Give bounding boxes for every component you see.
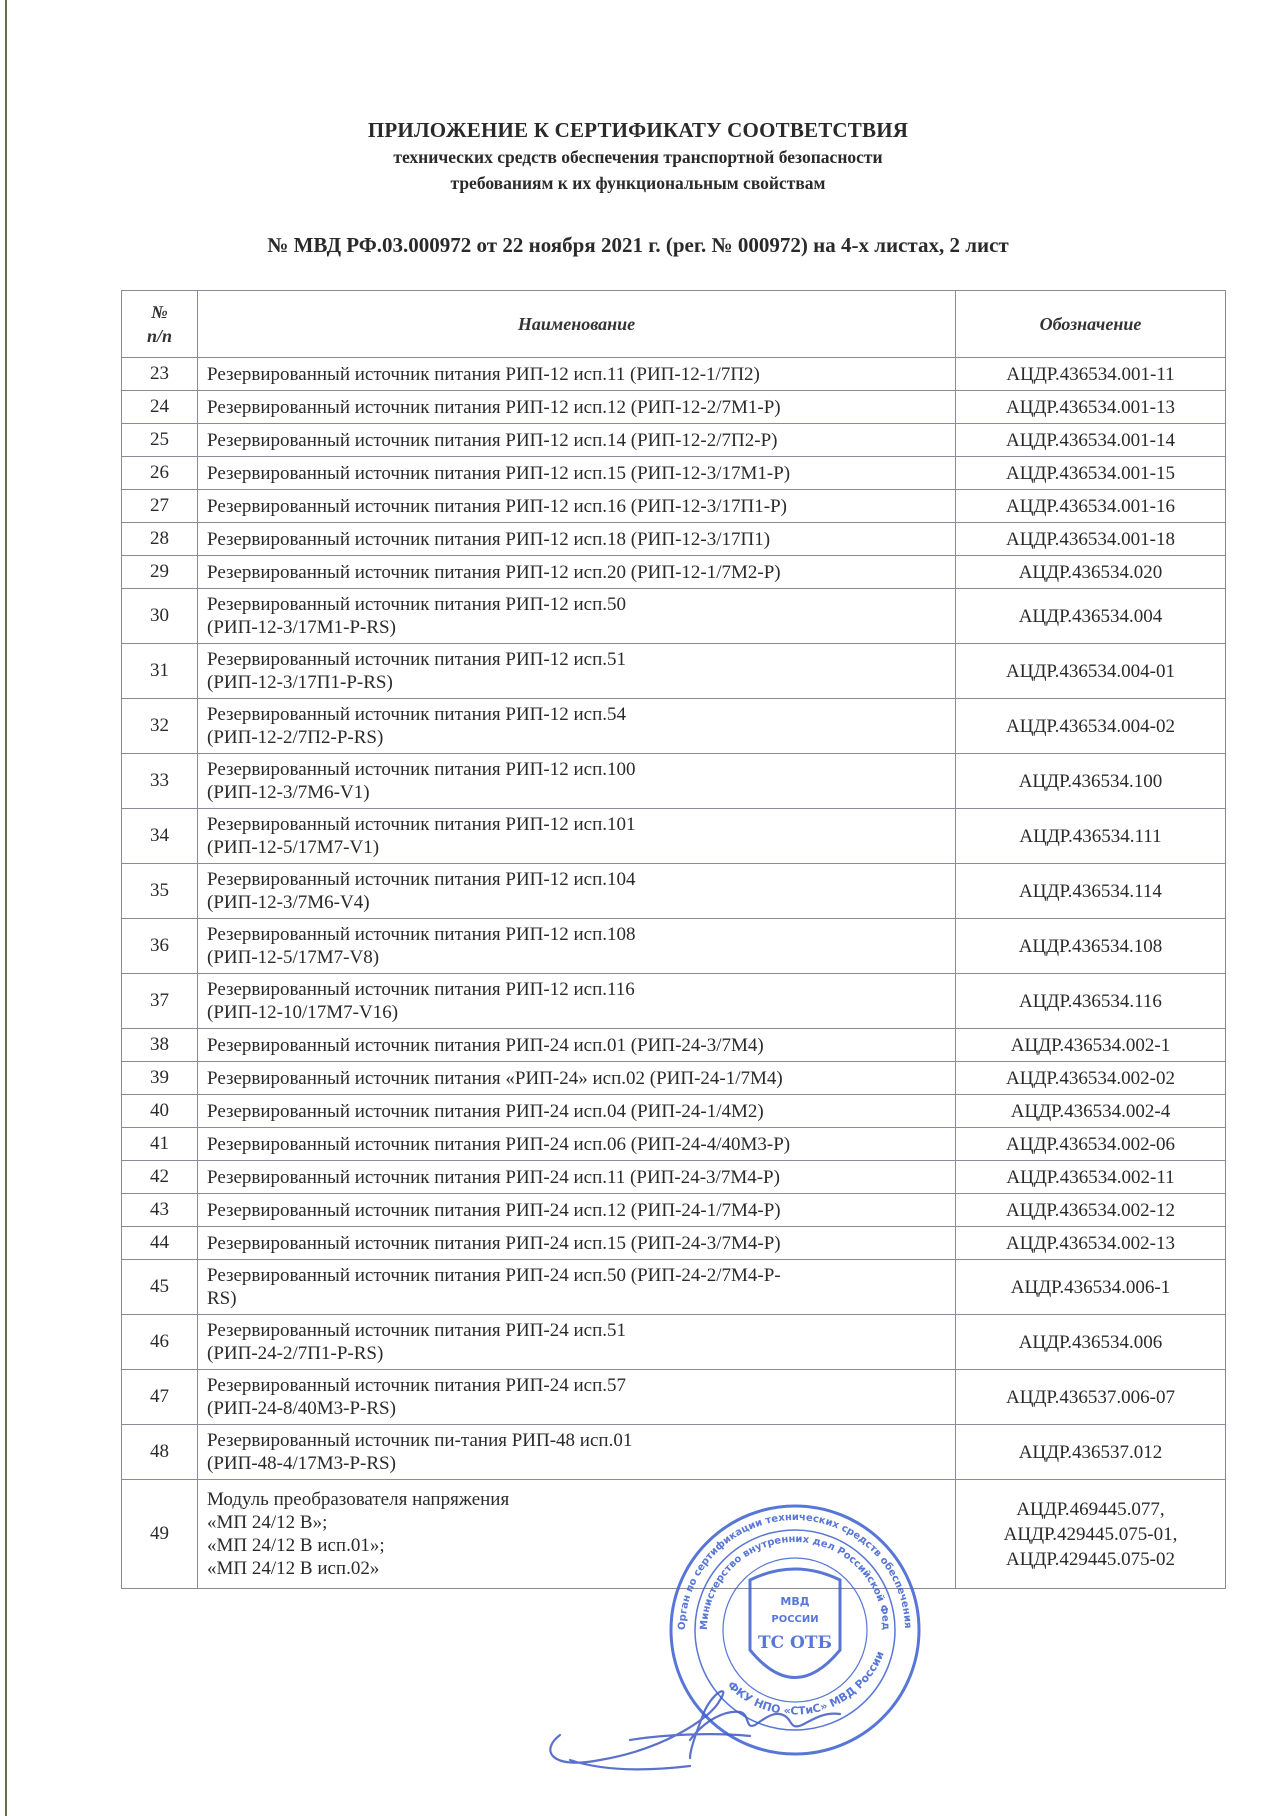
row-designation-line: АЦДР.436534.004 — [956, 604, 1225, 629]
row-designation-line: АЦДР.436534.100 — [956, 769, 1225, 794]
row-name: Резервированный источник питания РИП-12 … — [198, 974, 956, 1029]
row-name-line: Резервированный источник питания РИП-24 … — [207, 1232, 955, 1255]
row-number: 30 — [122, 589, 198, 644]
row-name-line: Резервированный источник питания РИП-12 … — [207, 813, 955, 836]
row-designation: АЦДР.436534.111 — [956, 809, 1226, 864]
row-name-line: Резервированный источник питания РИП-12 … — [207, 593, 955, 616]
row-name: Резервированный источник питания РИП-24 … — [198, 1095, 956, 1128]
row-name-line: Резервированный источник питания РИП-24 … — [207, 1319, 955, 1342]
certificate-reference: № МВД РФ.03.000972 от 22 ноября 2021 г. … — [0, 233, 1276, 258]
row-name: Резервированный источник питания РИП-12 … — [198, 754, 956, 809]
row-number: 48 — [122, 1425, 198, 1480]
row-name-line: (РИП-12-5/17М7-V1) — [207, 836, 955, 859]
row-name-line: (РИП-24-2/7П1-Р-RS) — [207, 1342, 955, 1365]
row-name-line: (РИП-12-3/7М6-V1) — [207, 781, 955, 804]
row-designation-line: АЦДР.436537.012 — [956, 1440, 1225, 1465]
row-number: 36 — [122, 919, 198, 974]
table-row: 29Резервированный источник питания РИП-1… — [122, 556, 1226, 589]
row-name: Резервированный источник питания РИП-12 … — [198, 699, 956, 754]
table-row: 39Резервированный источник питания «РИП-… — [122, 1062, 1226, 1095]
row-designation-line: АЦДР.436534.108 — [956, 934, 1225, 959]
row-number: 46 — [122, 1315, 198, 1370]
header-number-line1: № — [122, 300, 197, 324]
row-name-line: Резервированный источник питания РИП-12 … — [207, 495, 955, 518]
row-designation-line: АЦДР.436534.004-01 — [956, 659, 1225, 684]
row-name: Резервированный источник питания РИП-24 … — [198, 1370, 956, 1425]
document-subtitle-line2: требованиям к их функциональным свойства… — [0, 173, 1276, 194]
row-designation: АЦДР.436534.001-15 — [956, 457, 1226, 490]
table-row: 33Резервированный источник питания РИП-1… — [122, 754, 1226, 809]
row-designation-line: АЦДР.436534.001-16 — [956, 494, 1225, 519]
table-row: 43Резервированный источник питания РИП-2… — [122, 1194, 1226, 1227]
row-name-line: (РИП-12-10/17М7-V16) — [207, 1001, 955, 1024]
table-row: 48Резервированный источник пи-тания РИП-… — [122, 1425, 1226, 1480]
svg-text:ФКУ НПО «СТиС» МВД России: ФКУ НПО «СТиС» МВД России — [725, 1649, 887, 1717]
header-number-line2: п/п — [122, 324, 197, 348]
row-designation-line: АЦДР.436534.001-15 — [956, 461, 1225, 486]
equipment-table: № п/п Наименование Обозначение 23Резерви… — [121, 290, 1226, 1589]
row-name-line: (РИП-12-2/7П2-Р-RS) — [207, 726, 955, 749]
row-designation-line: АЦДР.436534.001-11 — [956, 362, 1225, 387]
row-name-line: Резервированный источник питания РИП-12 … — [207, 923, 955, 946]
row-name: Резервированный источник питания РИП-24 … — [198, 1029, 956, 1062]
row-designation-line: АЦДР.436534.002-11 — [956, 1165, 1225, 1190]
stamp-center-line3: ТС ОТБ — [758, 1633, 832, 1653]
row-number: 39 — [122, 1062, 198, 1095]
row-name-line: (РИП-48-4/17М3-Р-RS) — [207, 1452, 955, 1475]
table-row: 30Резервированный источник питания РИП-1… — [122, 589, 1226, 644]
row-name-line: (РИП-12-3/17П1-Р-RS) — [207, 671, 955, 694]
row-designation: АЦДР.436534.002-1 — [956, 1029, 1226, 1062]
table-row: 46Резервированный источник питания РИП-2… — [122, 1315, 1226, 1370]
table-row: 41Резервированный источник питания РИП-2… — [122, 1128, 1226, 1161]
page-edge-line — [5, 0, 7, 1816]
row-name-line: Резервированный источник питания РИП-12 … — [207, 429, 955, 452]
row-name-line: Резервированный источник питания РИП-12 … — [207, 528, 955, 551]
table-row: 32Резервированный источник питания РИП-1… — [122, 699, 1226, 754]
row-designation: АЦДР.436534.002-4 — [956, 1095, 1226, 1128]
row-designation: АЦДР.436534.006 — [956, 1315, 1226, 1370]
row-name: Резервированный источник питания РИП-12 … — [198, 424, 956, 457]
table-row: 28Резервированный источник питания РИП-1… — [122, 523, 1226, 556]
row-number: 28 — [122, 523, 198, 556]
row-designation-line: АЦДР.469445.077, — [956, 1497, 1225, 1522]
row-designation: АЦДР.436537.012 — [956, 1425, 1226, 1480]
row-name: Резервированный источник питания РИП-24 … — [198, 1161, 956, 1194]
table-body: 23Резервированный источник питания РИП-1… — [122, 358, 1226, 1589]
row-name: Резервированный источник питания РИП-12 … — [198, 358, 956, 391]
row-name: Резервированный источник питания РИП-12 … — [198, 919, 956, 974]
row-name: Резервированный источник питания РИП-24 … — [198, 1227, 956, 1260]
row-number: 24 — [122, 391, 198, 424]
row-designation: АЦДР.436534.001-18 — [956, 523, 1226, 556]
table-row: 35Резервированный источник питания РИП-1… — [122, 864, 1226, 919]
row-designation-line: АЦДР.436534.002-4 — [956, 1099, 1225, 1124]
row-designation: АЦДР.436534.006-1 — [956, 1260, 1226, 1315]
row-designation-line: АЦДР.429445.075-02 — [956, 1547, 1225, 1572]
document-title: ПРИЛОЖЕНИЕ К СЕРТИФИКАТУ СООТВЕТСТВИЯ — [0, 118, 1276, 143]
row-number: 41 — [122, 1128, 198, 1161]
row-designation-line: АЦДР.436534.111 — [956, 824, 1225, 849]
row-name: Резервированный источник пи-тания РИП-48… — [198, 1425, 956, 1480]
row-designation: АЦДР.436534.001-14 — [956, 424, 1226, 457]
table-row: 47Резервированный источник питания РИП-2… — [122, 1370, 1226, 1425]
row-name-line: (РИП-12-3/7М6-V4) — [207, 891, 955, 914]
row-name: Резервированный источник питания РИП-24 … — [198, 1315, 956, 1370]
row-designation: АЦДР.436534.002-06 — [956, 1128, 1226, 1161]
row-designation-line: АЦДР.436534.002-02 — [956, 1066, 1225, 1091]
row-designation: АЦДР.436534.002-13 — [956, 1227, 1226, 1260]
header-number: № п/п — [122, 291, 198, 358]
row-name-line: RS) — [207, 1287, 955, 1310]
stamp-center-line1: МВД — [780, 1595, 809, 1608]
row-name-line: Резервированный источник питания РИП-24 … — [207, 1264, 955, 1287]
stamp-center-line2: РОССИИ — [771, 1614, 818, 1625]
row-number: 23 — [122, 358, 198, 391]
table-row: 42Резервированный источник питания РИП-2… — [122, 1161, 1226, 1194]
row-designation: АЦДР.436534.002-11 — [956, 1161, 1226, 1194]
row-name-line: (РИП-12-3/17М1-Р-RS) — [207, 616, 955, 639]
row-number: 25 — [122, 424, 198, 457]
row-designation-line: АЦДР.436534.004-02 — [956, 714, 1225, 739]
table-row: 40Резервированный источник питания РИП-2… — [122, 1095, 1226, 1128]
row-designation: АЦДР.469445.077,АЦДР.429445.075-01,АЦДР.… — [956, 1480, 1226, 1589]
row-designation: АЦДР.436534.002-12 — [956, 1194, 1226, 1227]
row-designation: АЦДР.436534.001-11 — [956, 358, 1226, 391]
row-name-line: Резервированный источник питания РИП-24 … — [207, 1100, 955, 1123]
row-number: 35 — [122, 864, 198, 919]
stamp-outer-text: Орган по сертификации технических средст… — [655, 1500, 913, 1630]
row-designation-line: АЦДР.436534.020 — [956, 560, 1225, 585]
row-number: 44 — [122, 1227, 198, 1260]
row-designation-line: АЦДР.436534.002-12 — [956, 1198, 1225, 1223]
row-designation-line: АЦДР.436537.006-07 — [956, 1385, 1225, 1410]
row-designation-line: АЦДР.429445.075-01, — [956, 1522, 1225, 1547]
row-name-line: Резервированный источник питания РИП-12 … — [207, 648, 955, 671]
table-row: 34Резервированный источник питания РИП-1… — [122, 809, 1226, 864]
row-designation-line: АЦДР.436534.001-13 — [956, 395, 1225, 420]
row-designation-line: АЦДР.436534.001-14 — [956, 428, 1225, 453]
row-designation-line: АЦДР.436534.002-13 — [956, 1231, 1225, 1256]
row-name: Резервированный источник питания РИП-24 … — [198, 1194, 956, 1227]
table-row: 25Резервированный источник питания РИП-1… — [122, 424, 1226, 457]
row-number: 42 — [122, 1161, 198, 1194]
row-designation: АЦДР.436534.004-01 — [956, 644, 1226, 699]
row-designation: АЦДР.436534.108 — [956, 919, 1226, 974]
table-row: 36Резервированный источник питания РИП-1… — [122, 919, 1226, 974]
row-name-line: Резервированный источник питания РИП-12 … — [207, 462, 955, 485]
row-number: 40 — [122, 1095, 198, 1128]
row-name: Резервированный источник питания РИП-12 … — [198, 391, 956, 424]
row-number: 31 — [122, 644, 198, 699]
row-name: Резервированный источник питания РИП-12 … — [198, 556, 956, 589]
row-name-line: Резервированный источник питания РИП-12 … — [207, 703, 955, 726]
row-number: 38 — [122, 1029, 198, 1062]
row-designation: АЦДР.436534.004 — [956, 589, 1226, 644]
row-designation-line: АЦДР.436534.114 — [956, 879, 1225, 904]
row-designation: АЦДР.436537.006-07 — [956, 1370, 1226, 1425]
table-row: 38Резервированный источник питания РИП-2… — [122, 1029, 1226, 1062]
row-name-line: Резервированный источник питания РИП-24 … — [207, 1133, 955, 1156]
svg-text:Орган по сертификации техничес: Орган по сертификации технических средст… — [655, 1500, 913, 1630]
row-designation: АЦДР.436534.116 — [956, 974, 1226, 1029]
row-number: 27 — [122, 490, 198, 523]
table-row: 23Резервированный источник питания РИП-1… — [122, 358, 1226, 391]
row-name: Резервированный источник питания РИП-12 … — [198, 589, 956, 644]
row-name-line: Резервированный источник питания «РИП-24… — [207, 1067, 955, 1090]
row-designation: АЦДР.436534.100 — [956, 754, 1226, 809]
row-designation: АЦДР.436534.001-13 — [956, 391, 1226, 424]
table-row: 44Резервированный источник питания РИП-2… — [122, 1227, 1226, 1260]
table-header-row: № п/п Наименование Обозначение — [122, 291, 1226, 358]
row-name-line: Резервированный источник питания РИП-12 … — [207, 758, 955, 781]
row-number: 29 — [122, 556, 198, 589]
row-designation: АЦДР.436534.002-02 — [956, 1062, 1226, 1095]
row-name-line: Резервированный источник питания РИП-24 … — [207, 1199, 955, 1222]
row-name-line: Резервированный источник питания РИП-24 … — [207, 1166, 955, 1189]
row-name-line: Резервированный источник питания РИП-12 … — [207, 978, 955, 1001]
table-row: 26Резервированный источник питания РИП-1… — [122, 457, 1226, 490]
certification-stamp: Орган по сертификации технических средст… — [655, 1500, 935, 1760]
row-name: Резервированный источник питания РИП-12 … — [198, 523, 956, 556]
row-number: 37 — [122, 974, 198, 1029]
row-name: Резервированный источник питания РИП-12 … — [198, 809, 956, 864]
table-row: 45Резервированный источник питания РИП-2… — [122, 1260, 1226, 1315]
row-name-line: Резервированный источник питания РИП-24 … — [207, 1034, 955, 1057]
row-name-line: Резервированный источник питания РИП-12 … — [207, 868, 955, 891]
row-number: 47 — [122, 1370, 198, 1425]
row-name-line: Резервированный источник питания РИП-12 … — [207, 363, 955, 386]
row-number: 49 — [122, 1480, 198, 1589]
table-row: 31Резервированный источник питания РИП-1… — [122, 644, 1226, 699]
row-designation-line: АЦДР.436534.006-1 — [956, 1275, 1225, 1300]
stamp-bottom-text: ФКУ НПО «СТиС» МВД России — [725, 1649, 887, 1717]
row-name-line: (РИП-24-8/40М3-Р-RS) — [207, 1397, 955, 1420]
row-number: 34 — [122, 809, 198, 864]
row-designation-line: АЦДР.436534.002-1 — [956, 1033, 1225, 1058]
row-name: Резервированный источник питания РИП-24 … — [198, 1260, 956, 1315]
row-name: Резервированный источник питания РИП-12 … — [198, 864, 956, 919]
row-designation-line: АЦДР.436534.002-06 — [956, 1132, 1225, 1157]
row-number: 33 — [122, 754, 198, 809]
row-number: 45 — [122, 1260, 198, 1315]
row-name-line: Резервированный источник питания РИП-12 … — [207, 561, 955, 584]
row-name: Резервированный источник питания РИП-12 … — [198, 457, 956, 490]
row-name: Резервированный источник питания «РИП-24… — [198, 1062, 956, 1095]
row-name-line: (РИП-12-5/17М7-V8) — [207, 946, 955, 969]
row-name-line: Резервированный источник пи-тания РИП-48… — [207, 1429, 955, 1452]
row-designation: АЦДР.436534.114 — [956, 864, 1226, 919]
row-designation: АЦДР.436534.001-16 — [956, 490, 1226, 523]
row-name: Резервированный источник питания РИП-24 … — [198, 1128, 956, 1161]
row-number: 43 — [122, 1194, 198, 1227]
row-name-line: Резервированный источник питания РИП-24 … — [207, 1374, 955, 1397]
table-row: 24Резервированный источник питания РИП-1… — [122, 391, 1226, 424]
row-number: 32 — [122, 699, 198, 754]
row-name-line: Резервированный источник питания РИП-12 … — [207, 396, 955, 419]
header-name: Наименование — [198, 291, 956, 358]
row-designation-line: АЦДР.436534.116 — [956, 989, 1225, 1014]
row-designation-line: АЦДР.436534.006 — [956, 1330, 1225, 1355]
header-code: Обозначение — [956, 291, 1226, 358]
table-row: 37Резервированный источник питания РИП-1… — [122, 974, 1226, 1029]
row-designation-line: АЦДР.436534.001-18 — [956, 527, 1225, 552]
table-row: 27Резервированный источник питания РИП-1… — [122, 490, 1226, 523]
document-subtitle-line1: технических средств обеспечения транспор… — [0, 147, 1276, 168]
row-name: Резервированный источник питания РИП-12 … — [198, 490, 956, 523]
row-designation: АЦДР.436534.020 — [956, 556, 1226, 589]
row-name: Резервированный источник питания РИП-12 … — [198, 644, 956, 699]
row-number: 26 — [122, 457, 198, 490]
row-designation: АЦДР.436534.004-02 — [956, 699, 1226, 754]
